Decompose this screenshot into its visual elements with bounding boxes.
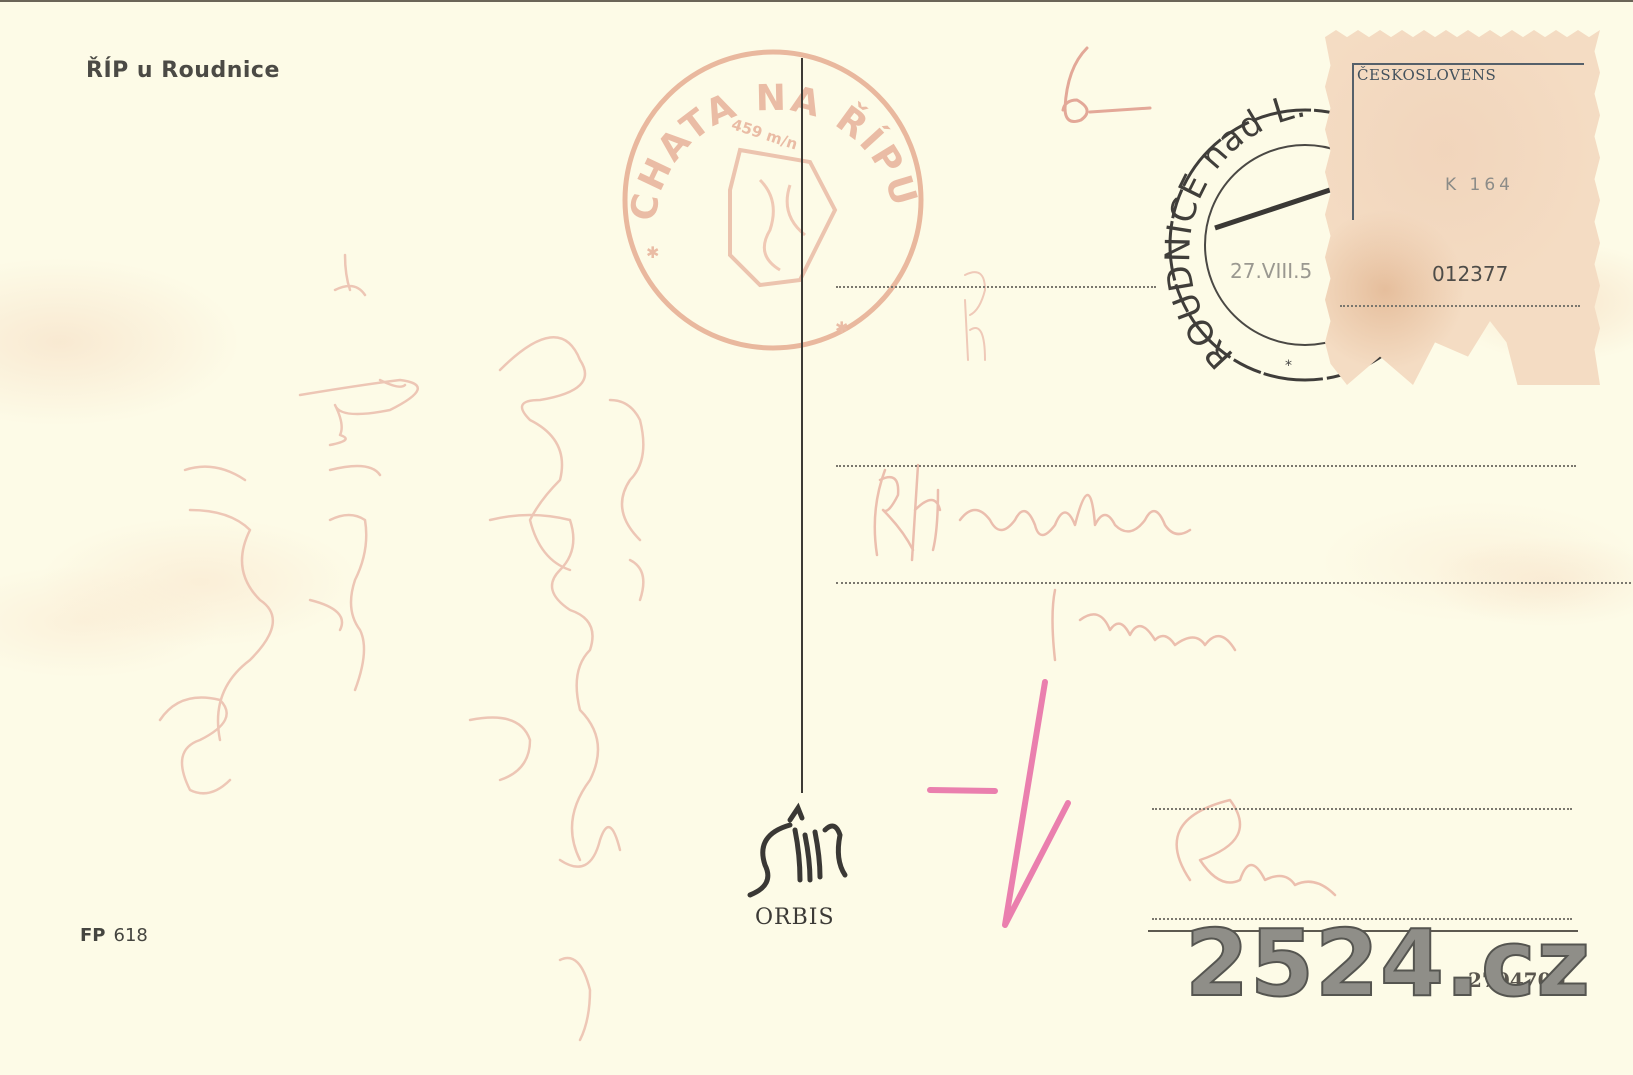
catalog-number-value: 618 (114, 925, 148, 946)
stamp-country: ČESKOSLOVENS (1357, 66, 1496, 84)
center-divider (801, 58, 803, 793)
catalog-prefix: FP (80, 925, 106, 946)
svg-text:*: * (1285, 358, 1292, 374)
handwritten-address (875, 465, 1335, 895)
handwritten-message (160, 255, 643, 1040)
svg-text:ROUDNICE nad L.: ROUDNICE nad L. (1158, 85, 1309, 376)
address-line-1b (1340, 305, 1580, 307)
postage-stamp-frame (1352, 63, 1584, 220)
address-line-3 (836, 582, 1631, 584)
svg-text:27.VIII.5: 27.VIII.5 (1230, 259, 1312, 283)
handwritten-price (1063, 48, 1150, 122)
stamp-serial: 012377 (1432, 262, 1508, 286)
catalog-number: FP618 (80, 925, 148, 946)
pink-pencil-mark (930, 682, 1068, 925)
watermark: 2524.cz (1185, 918, 1591, 1010)
stamp-value: K 164 (1445, 175, 1514, 195)
orbis-logo-icon (750, 808, 845, 895)
eagle-shield-icon (730, 150, 835, 285)
postcard-title: ŘÍP u Roudnice (86, 58, 280, 83)
address-line-1 (836, 286, 1156, 288)
publisher-name: ORBIS (755, 905, 835, 930)
svg-text:459 m/n: 459 m/n (729, 115, 800, 153)
svg-text:✱: ✱ (835, 318, 848, 337)
souvenir-stamp: CHATA NA ŘÍPU 459 m/n ✱ ✱ (623, 52, 925, 348)
address-line-4 (1152, 808, 1572, 810)
svg-text:✱: ✱ (646, 243, 659, 262)
address-line-2 (836, 465, 1576, 467)
